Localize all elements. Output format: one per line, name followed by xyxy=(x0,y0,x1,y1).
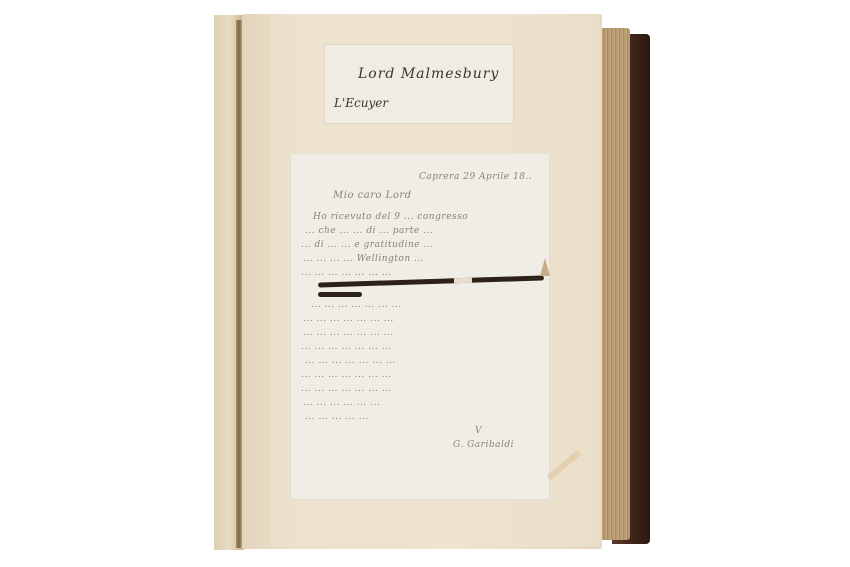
letter-line: ... ... ... ... ... ... ... xyxy=(311,300,402,310)
letter-salutation: Mio caro Lord xyxy=(333,190,412,201)
letter-line: ... ... ... ... Wellington ... xyxy=(303,254,424,264)
letter-line: ... ... ... ... ... ... ... xyxy=(301,342,392,352)
letter-line: ... che ... ... di ... parte ... xyxy=(305,226,433,236)
signature-card xyxy=(325,45,513,123)
redaction-bar-short xyxy=(318,292,362,297)
letter-line: ... ... ... ... ... ... ... xyxy=(301,268,392,278)
letter-line: ... ... ... ... ... ... ... xyxy=(301,370,392,380)
letter-line: ... ... ... ... ... ... xyxy=(303,398,380,408)
bar-gap xyxy=(454,278,472,284)
signature-line-2: L'Ecuyer xyxy=(334,96,388,110)
handwritten-letter: Caprera 29 Aprile 18.. Mio caro Lord Ho … xyxy=(291,154,549,499)
letter-dateline: Caprera 29 Aprile 18.. xyxy=(419,172,532,182)
letter-line: ... ... ... ... ... xyxy=(305,412,369,422)
letter-line: ... ... ... ... ... ... ... xyxy=(301,384,392,394)
book-gutter xyxy=(236,20,242,548)
letter-line: ... ... ... ... ... ... ... xyxy=(305,356,396,366)
letter-line: ... ... ... ... ... ... ... xyxy=(303,314,394,324)
letter-closing: V xyxy=(475,426,482,436)
letter-signature: G. Garibaldi xyxy=(453,440,514,450)
letter-line: Ho ricevuto del 9 ... congresso xyxy=(313,212,468,222)
letter-line: ... ... ... ... ... ... ... xyxy=(303,328,394,338)
signature-line-1: Lord Malmesbury xyxy=(358,66,499,82)
paper-tear xyxy=(540,258,550,276)
letter-line: ... di ... ... e gratitudine ... xyxy=(301,240,434,250)
